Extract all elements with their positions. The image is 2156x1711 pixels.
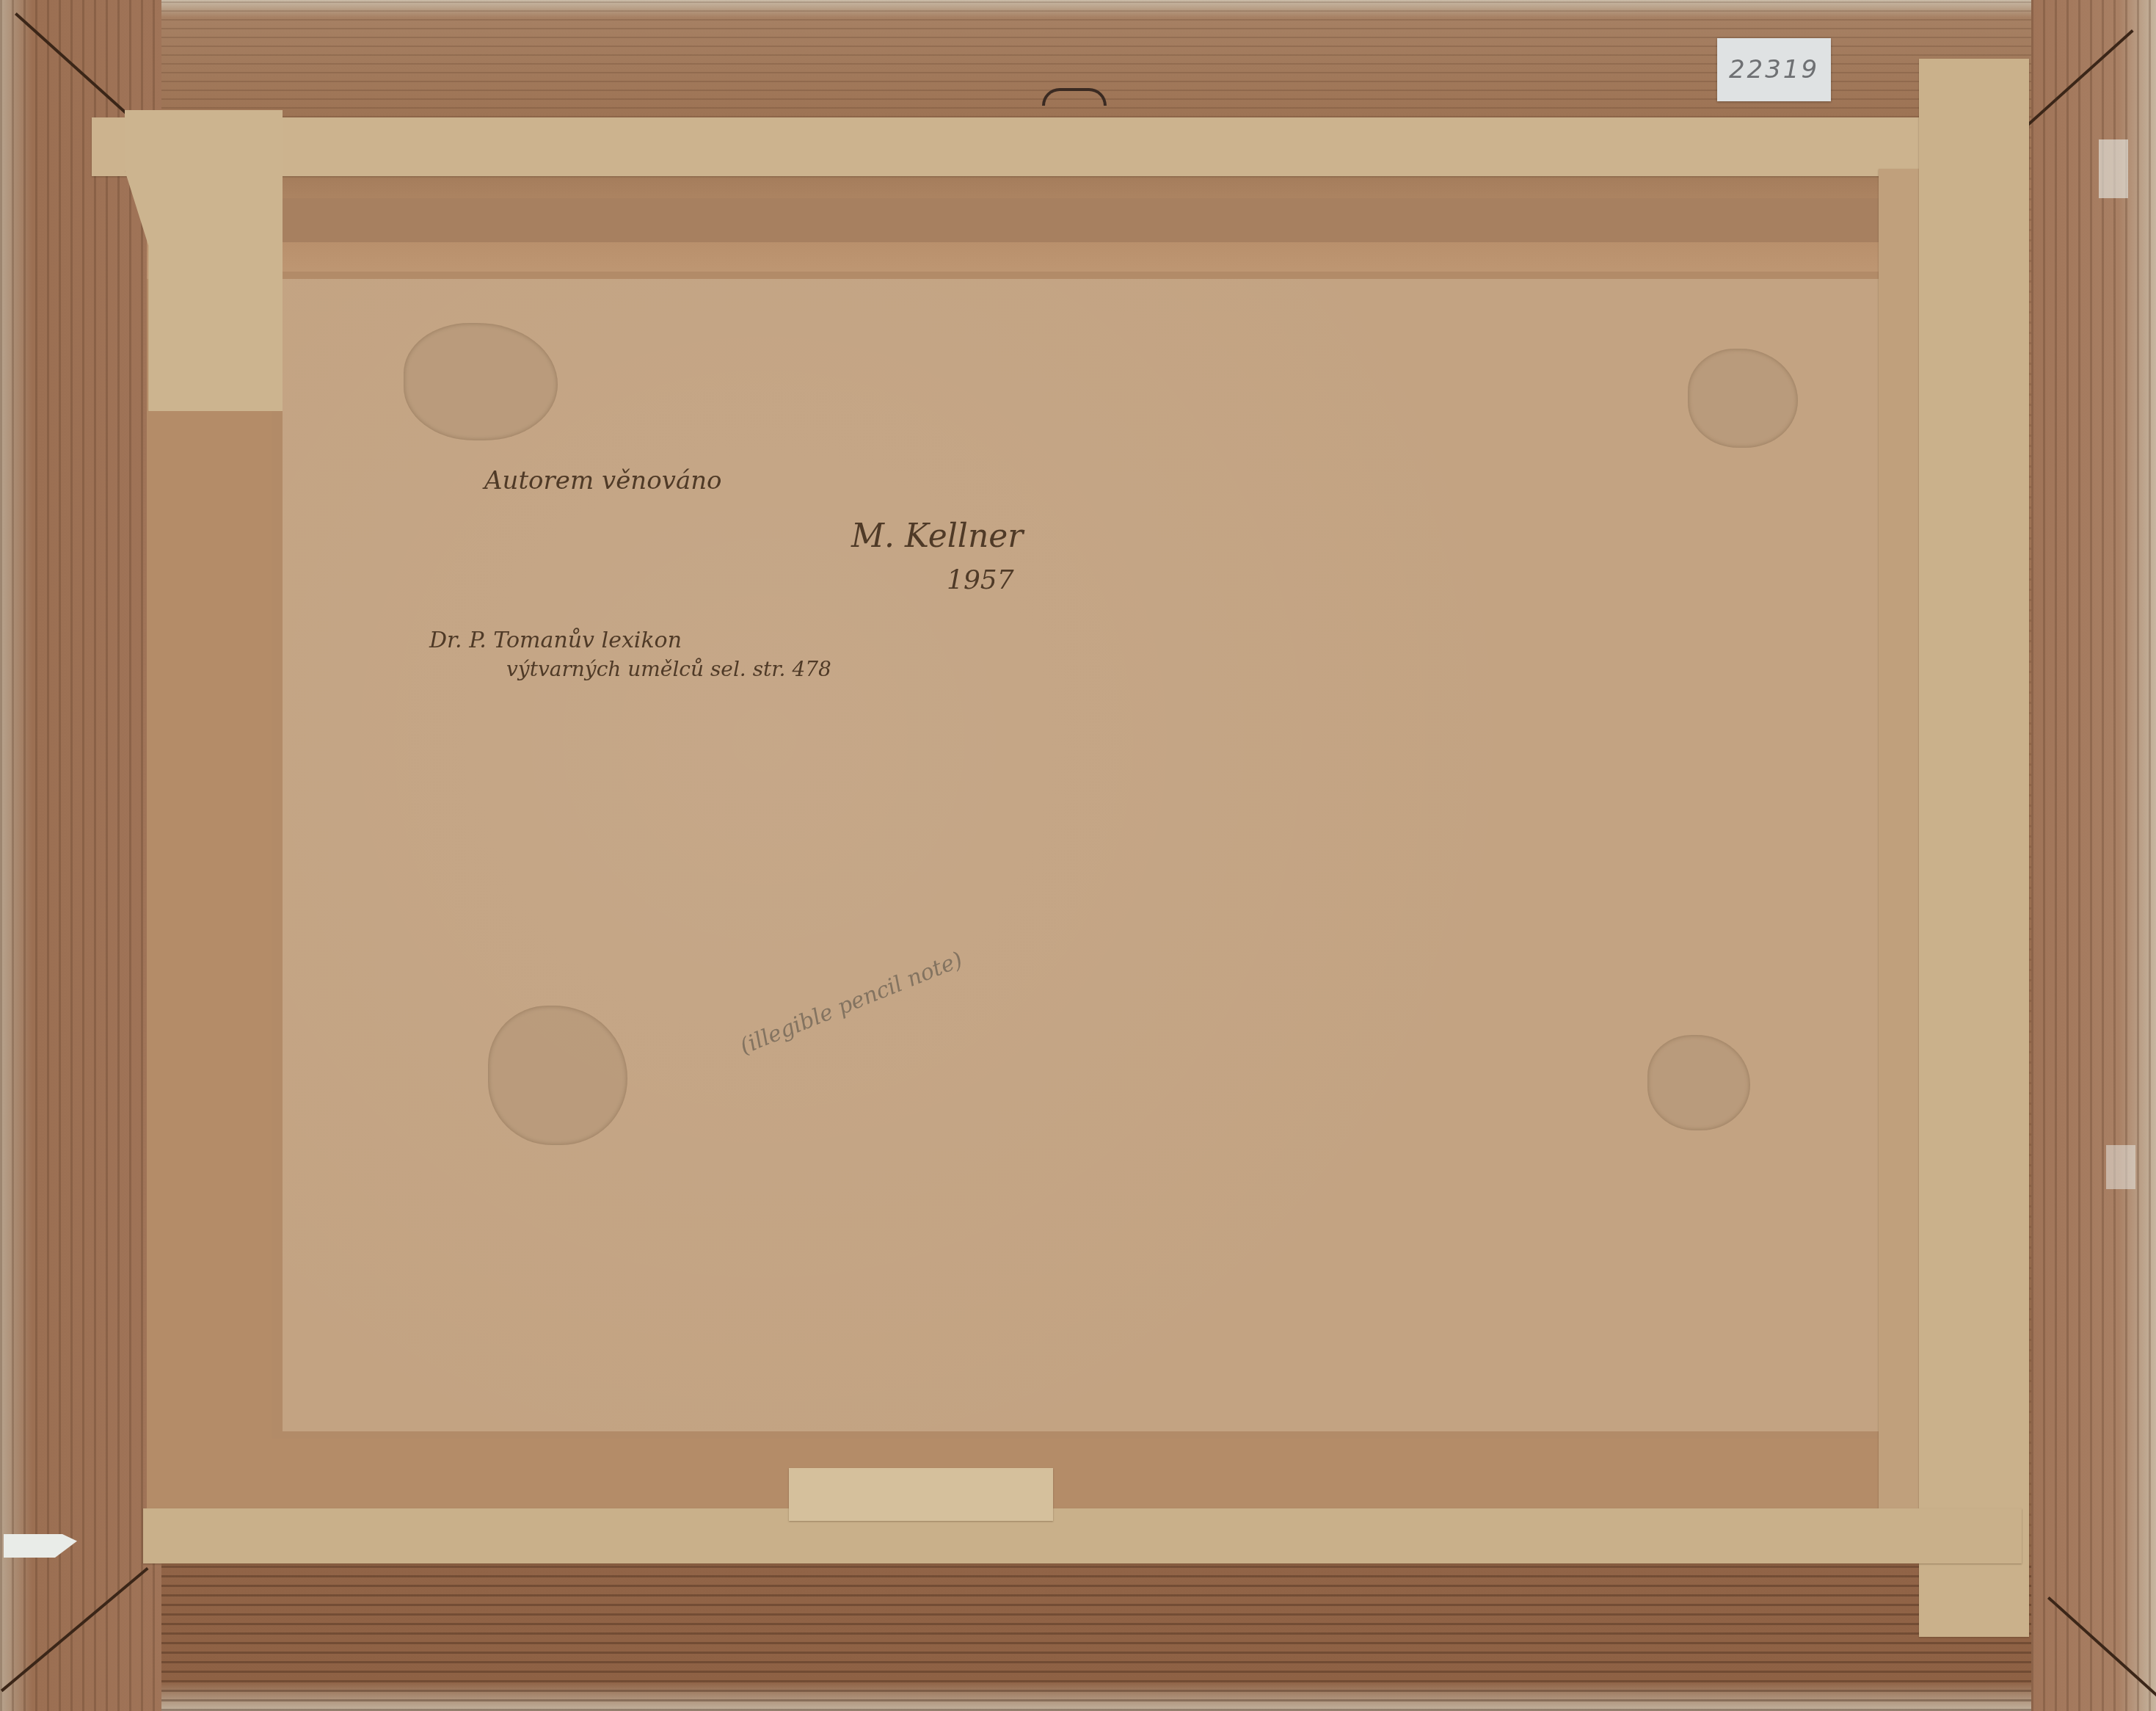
- masking-tape-top: [92, 117, 2029, 176]
- reference-line-2: výtvarných umělců sel. str. 478: [506, 657, 831, 681]
- frame-right-rail: [2031, 0, 2156, 1711]
- masking-tape-corner-tl: [125, 110, 283, 411]
- frame-left-rail: [0, 0, 161, 1711]
- artist-signature: M. Kellner: [851, 517, 1023, 555]
- paint-chip: [2106, 1145, 2135, 1189]
- glue-mark: [1647, 1035, 1750, 1130]
- masking-tape-right: [1919, 59, 2029, 1637]
- masking-tape-patch-bottom: [789, 1468, 1053, 1521]
- inventory-label: 22319: [1717, 38, 1831, 101]
- masking-tape-right-inner: [1879, 169, 1923, 1541]
- tape-strip-inner-top: [283, 198, 1919, 242]
- hanging-hook-icon: [1042, 88, 1107, 106]
- hardboard-panel: [283, 279, 1886, 1431]
- paint-chip: [2099, 139, 2128, 198]
- glue-mark: [1688, 349, 1798, 448]
- dedication-inscription: Autorem věnováno: [484, 466, 722, 495]
- inventory-number: 22319: [1729, 55, 1819, 84]
- reference-line-1: Dr. P. Tomanův lexikon: [429, 628, 682, 653]
- frame-bottom-rail: [0, 1563, 2156, 1711]
- masking-tape-bottom: [143, 1508, 2022, 1563]
- signature-year: 1957: [947, 565, 1014, 595]
